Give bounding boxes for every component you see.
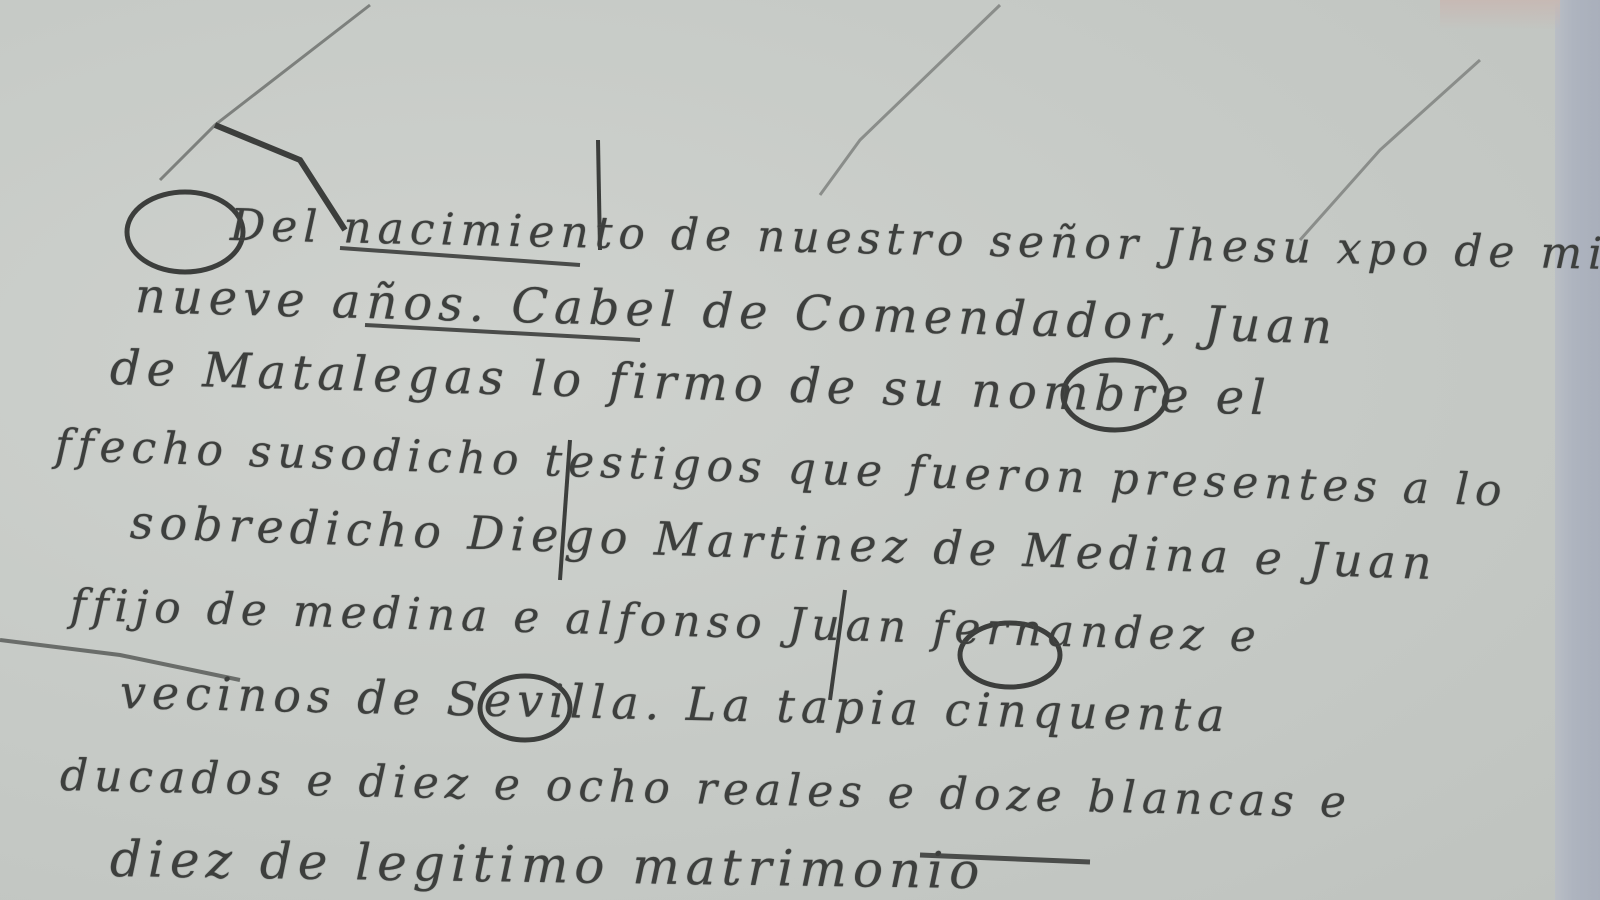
manuscript-line-9: diez de legitimo matrimonio xyxy=(110,830,986,900)
